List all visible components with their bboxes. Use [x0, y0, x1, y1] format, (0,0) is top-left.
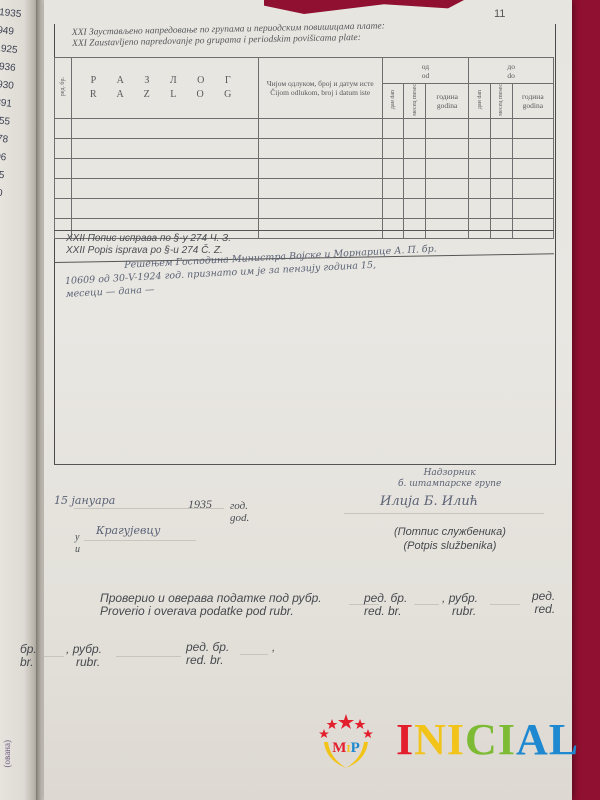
table-cell-to-month — [491, 218, 513, 238]
mip-emblem-icon: MIP — [318, 712, 374, 772]
margin-number: 1878 — [0, 129, 17, 150]
table-cell-decision — [258, 138, 382, 158]
year-suffix: год. god. — [230, 500, 249, 524]
table-cell-reason — [72, 118, 259, 138]
column-header-to-year: година godina — [512, 84, 553, 119]
column-header-reason: Р А З Л О Г R A Z L O G — [72, 58, 259, 119]
table-cell-reason — [72, 138, 259, 158]
place-handwritten: Крагујевцу — [96, 524, 160, 537]
wordmark-letter: I — [447, 715, 465, 764]
table-cell-from-year — [425, 198, 468, 218]
column-header-to-day: дан dan — [469, 84, 491, 119]
column-header-from: од od — [382, 58, 469, 84]
column-header-to: до do — [469, 58, 554, 84]
year-suffix-cyrillic: год. — [230, 500, 249, 512]
table-cell-to-year — [512, 158, 553, 178]
wordmark-letter: A — [516, 715, 549, 764]
red-br-blank-1 — [414, 604, 439, 605]
table-cell-to-year — [512, 218, 553, 238]
section-xxii-title-cyrillic: XXII Попис исправа по §-у 274 Ч. З. — [66, 233, 231, 245]
table-cell-from-month — [404, 198, 426, 218]
table-cell-from-day — [382, 158, 404, 178]
trailing-comma: , — [272, 641, 275, 654]
margin-number: 1955 — [0, 111, 19, 132]
column-header-from-month: месец mesec — [404, 84, 426, 119]
table-cell-decision — [258, 218, 382, 238]
red-br-label-cont: ред. бр. red. br. — [186, 641, 229, 667]
br-latin: br. — [20, 656, 37, 669]
rubr-blank-2 — [490, 604, 520, 605]
page-number: 11 — [494, 8, 505, 20]
table-cell-to-year — [512, 178, 553, 198]
table-cell-to-day — [469, 178, 491, 198]
table-cell-from-day — [382, 138, 404, 158]
table-cell-idx — [55, 178, 72, 198]
red-br-latin: red. br. — [364, 605, 407, 618]
wordmark-letter: N — [414, 715, 447, 764]
table-cell-to-year — [512, 198, 553, 218]
table-cell-to-month — [491, 158, 513, 178]
margin-number: 1950 — [0, 183, 11, 204]
rubr-latin: rubr. — [442, 605, 478, 618]
table-cell-from-year — [425, 118, 468, 138]
table-cell-from-month — [404, 178, 426, 198]
table-cell-to-month — [491, 118, 513, 138]
section-xxi-bottom-rule — [54, 230, 554, 231]
margin-number: 1935 — [0, 273, 2, 294]
table-cell-from-year — [425, 218, 468, 238]
table-cell-to-year — [512, 118, 553, 138]
table-cell-to-month — [491, 198, 513, 218]
margin-number: 1925 — [0, 40, 26, 61]
inicial-wordmark: INICIAL — [396, 718, 579, 762]
table-row — [55, 198, 554, 218]
place-prefix-cyrillic: у — [75, 532, 80, 544]
comma: , — [66, 642, 69, 656]
column-header-index: ред. бр. — [55, 58, 72, 119]
place-line — [84, 540, 196, 541]
place-prefix: у u — [75, 532, 80, 556]
signature-handwritten: Илија Б. Илић — [380, 494, 478, 509]
table-cell-from-day — [382, 198, 404, 218]
section-xxii-title: XXII Попис исправа по §-у 274 Ч. З. XXII… — [66, 233, 231, 257]
table-row — [55, 178, 554, 198]
section-xxii-bottom-rule — [54, 464, 554, 465]
table-cell-idx — [55, 158, 72, 178]
table-cell-idx — [55, 138, 72, 158]
margin-number: 1936 — [0, 58, 24, 79]
table-cell-decision — [258, 158, 382, 178]
wordmark-letter: I — [498, 715, 516, 764]
left-page-margin-numbers: 1935949192519361930189119551878190619451… — [0, 4, 30, 311]
table-cell-decision — [258, 118, 382, 138]
place-prefix-latin: u — [75, 544, 80, 556]
signature-label: (Потпис службеника) (Potpis službenika) — [394, 525, 506, 553]
table-cell-from-month — [404, 118, 426, 138]
verification-statement: Проверио и оверава податке под рубр. Pro… — [100, 592, 322, 618]
table-cell-to-day — [469, 218, 491, 238]
margin-number: 1945 — [0, 165, 13, 186]
table-cell-from-day — [382, 178, 404, 198]
official-title-line: Надзорник — [398, 468, 501, 479]
table-cell-decision — [258, 198, 382, 218]
table-cell-reason — [72, 178, 259, 198]
column-header-from-day: дан dan — [382, 84, 404, 119]
date-handwritten: 15 јануара — [54, 494, 115, 507]
table-cell-from-year — [425, 138, 468, 158]
left-page-bottom-note: (ована) — [2, 740, 12, 767]
verification-latin: Proverio i overava podatke pod rubr. — [100, 605, 322, 618]
table-cell-to-month — [491, 178, 513, 198]
table-row — [55, 138, 554, 158]
signature-label-latin: (Potpis službenika) — [394, 539, 506, 553]
margin-number: 1906 — [0, 147, 15, 168]
column-header-to-month: месец mesec — [491, 84, 513, 119]
wordmark-letter: C — [465, 715, 498, 764]
red-br-latin: red. br. — [186, 654, 229, 667]
table-cell-from-year — [425, 158, 468, 178]
table-cell-reason — [72, 198, 259, 218]
inicial-watermark-logo: MIP INICIAL — [318, 708, 588, 778]
wordmark-letter: L — [549, 715, 579, 764]
signature-line — [344, 513, 544, 514]
table-cell-decision — [258, 178, 382, 198]
official-title-handwritten: Надзорник б. штампарске групе — [398, 468, 501, 490]
table-row — [55, 118, 554, 138]
br-label-cont: бр. br. — [20, 643, 37, 669]
document-page: 11 XXI Заустављено напредовање по групам… — [44, 0, 572, 800]
table-cell-from-month — [404, 138, 426, 158]
table-cell-to-day — [469, 198, 491, 218]
table-cell-from-month — [404, 158, 426, 178]
table-cell-idx — [55, 118, 72, 138]
table-cell-to-day — [469, 138, 491, 158]
margin-number: 1931 — [0, 201, 9, 222]
margin-number: 1930 — [0, 76, 22, 97]
signature-label-cyrillic: (Потпис службеника) — [394, 525, 506, 539]
margin-number: 1891 — [0, 94, 20, 115]
margin-number: 1955 — [0, 237, 5, 258]
table-cell-from-year — [425, 178, 468, 198]
table-row — [55, 158, 554, 178]
red-latin: red. — [532, 603, 555, 616]
official-title-line: б. штампарске групе — [398, 479, 501, 490]
rubr-latin: rubr. — [66, 656, 102, 669]
rubr-blank-cont — [116, 656, 181, 657]
wordmark-letter: I — [396, 715, 414, 764]
table-cell-reason — [72, 158, 259, 178]
red-br-blank-cont — [240, 654, 268, 655]
table-cell-to-month — [491, 138, 513, 158]
section-xxi-table: ред. бр. Р А З Л О Г R A Z L O G Чијом о… — [54, 57, 554, 239]
comma: , — [442, 591, 445, 605]
table-cell-from-day — [382, 118, 404, 138]
table-cell-to-day — [469, 158, 491, 178]
rubr-cyrillic: рубр. — [73, 642, 102, 656]
br-blank-cont — [44, 656, 64, 657]
svg-text:MIP: MIP — [332, 740, 360, 756]
rubr-label-cont: , рубр. rubr. — [66, 643, 102, 669]
margin-number: 1949 — [0, 219, 7, 240]
table-cell-to-year — [512, 138, 553, 158]
rubr-label-2: , рубр. rubr. — [442, 592, 478, 618]
red-br-label-1: ред. бр. red. br. — [364, 592, 407, 618]
column-header-from-year: година godina — [425, 84, 468, 119]
left-page-edge: 1935949192519361930189119551878190619451… — [0, 0, 40, 800]
table-cell-from-day — [382, 218, 404, 238]
column-header-decision: Чијом одлуком, број и датум исте Čijom o… — [258, 58, 382, 119]
rubr-cyrillic: рубр. — [449, 591, 478, 605]
table-cell-to-day — [469, 118, 491, 138]
table-cell-idx — [55, 198, 72, 218]
red-label-3: ред. red. — [532, 590, 555, 616]
margin-number: 1915 — [0, 255, 3, 276]
table-cell-from-month — [404, 218, 426, 238]
year-suffix-latin: god. — [230, 512, 249, 524]
year-printed: 1935 — [188, 498, 212, 510]
